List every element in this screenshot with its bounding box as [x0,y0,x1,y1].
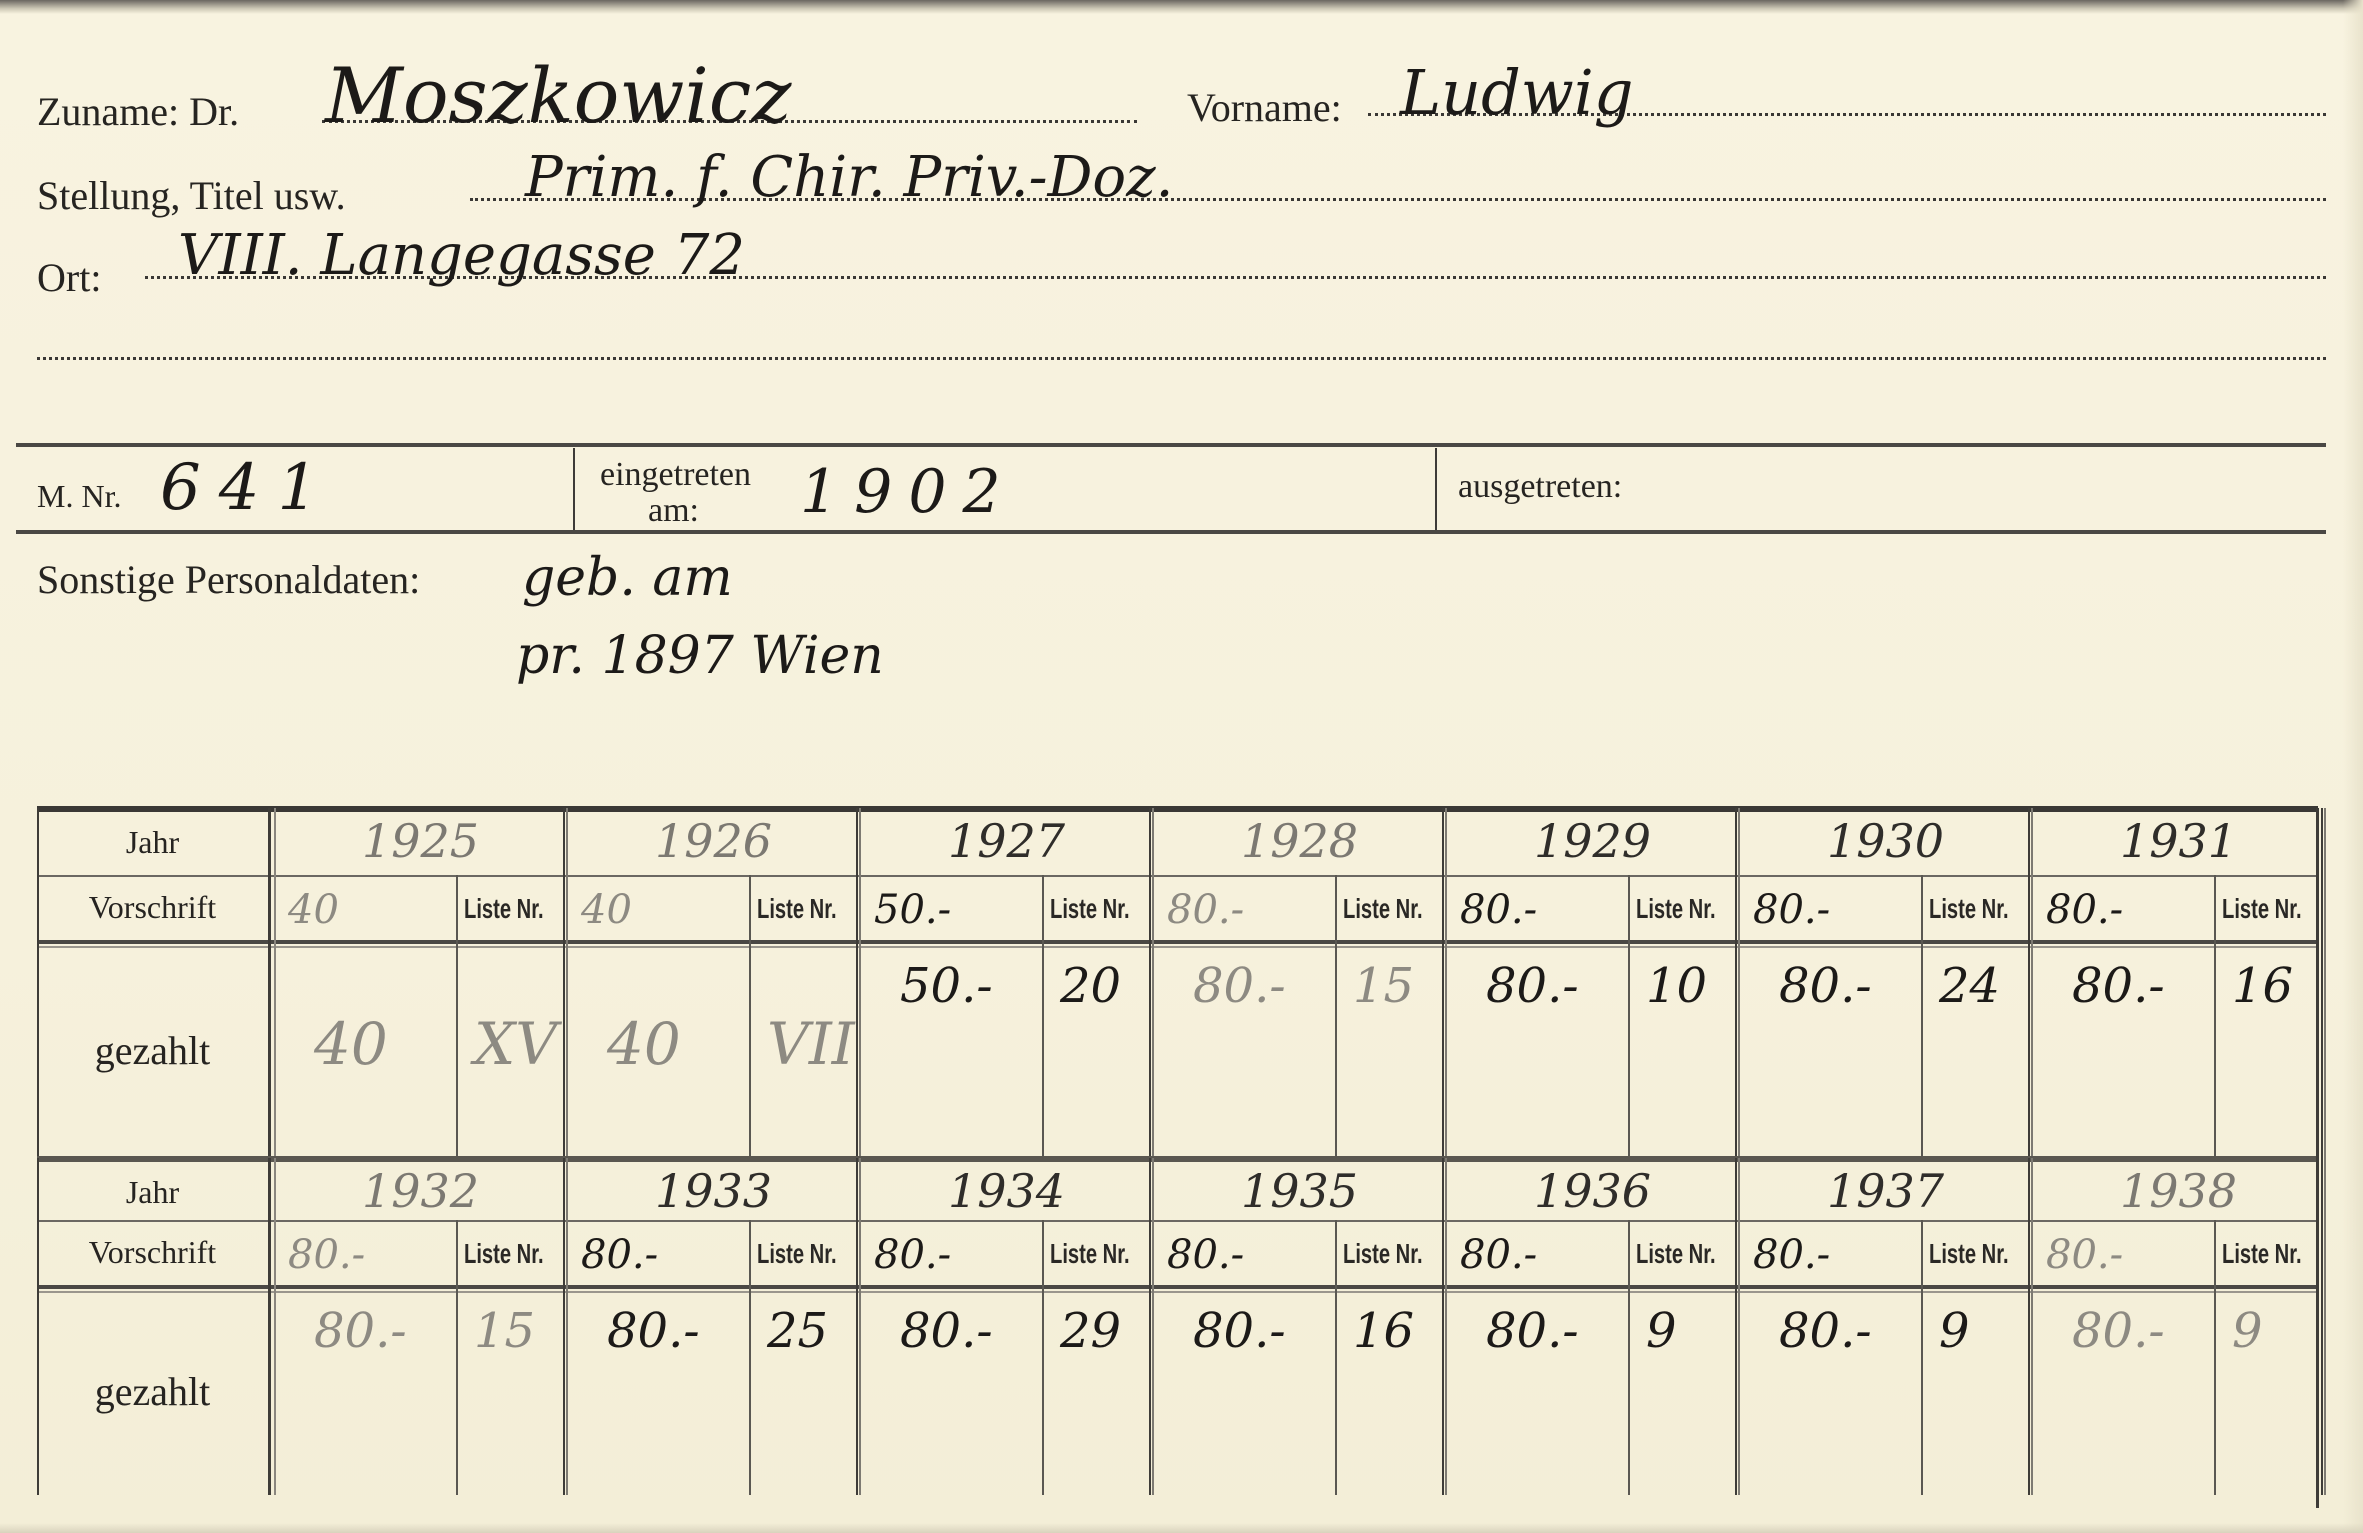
list-number-label: Liste Nr. [757,1238,837,1270]
list-number-divider [456,875,458,1158]
list-number-label: Liste Nr. [1343,893,1423,925]
list-number-value: 25 [767,1303,828,1359]
label-column-border [268,808,271,1158]
list-number-label: Liste Nr. [1050,1238,1130,1270]
list-number-label: Liste Nr. [1929,893,2009,925]
year-value: 1926 [567,814,860,868]
year-value: 1925 [274,814,567,868]
list-number-label: Liste Nr. [1636,1238,1716,1270]
paid-amount: 80.- [1486,958,1579,1014]
prescribed-amount: 80.- [1753,1232,1830,1278]
year-value: 1931 [2032,814,2325,868]
list-number-label: Liste Nr. [1929,1238,2009,1270]
prescribed-amount: 40 [288,887,339,933]
prescribed-amount: 80.- [874,1232,951,1278]
list-number-divider [2214,875,2216,1158]
list-number-divider [1628,1220,1630,1495]
list-number-value: 15 [474,1303,535,1359]
surname-value: Moszkowicz [325,58,791,134]
year-value: 1932 [274,1164,567,1218]
year-value: 1938 [2032,1164,2325,1218]
prescribed-amount: 80.- [1460,1232,1537,1278]
membership-index-card: Zuname: Dr. Moszkowicz Vorname: Ludwig S… [0,0,2363,1533]
list-number-value: 29 [1060,1303,1121,1359]
member-number-value: 641 [160,456,336,520]
list-number-value: 9 [1646,1303,1677,1359]
prescribed-amount: 80.- [581,1232,658,1278]
other-data-line1: geb. am [522,552,733,604]
membership-box-bottom-rule [16,530,2326,534]
list-number-label: Liste Nr. [464,893,544,925]
list-number-divider [456,1220,458,1495]
position-value: Prim. f. Chir. Priv.-Doz. [525,150,1173,206]
prescribed-amount: 80.- [1460,887,1537,933]
list-number-divider [749,1220,751,1495]
list-number-divider [1335,875,1337,1158]
blank-line [37,357,2326,360]
list-number-divider [749,875,751,1158]
prescribed-row-double-rule [37,946,2318,948]
prescribed-amount: 80.- [1167,1232,1244,1278]
year-row-bottom-rule [37,875,2318,877]
joined-label-line2: am: [648,494,699,528]
list-number-divider [1921,875,1923,1158]
firstname-label: Vorname: [1187,88,1342,128]
list-number-label: Liste Nr. [2222,893,2302,925]
card-right-edge [2343,0,2363,1533]
other-data-line2: pr. 1897 Wien [516,630,884,682]
year-value: 1927 [860,814,1153,868]
prescribed-amount: 40 [581,887,632,933]
left-label: ausgetreten: [1458,470,1622,504]
dues-table: JahrVorschriftgezahlt1925Liste Nr.4040XV… [37,808,2318,1498]
paid-amount: 80.- [2072,958,2165,1014]
list-number-label: Liste Nr. [2222,1238,2302,1270]
list-number-value: 20 [1060,958,1121,1014]
paid-amount: 80.- [1779,958,1872,1014]
list-number-label: Liste Nr. [464,1238,544,1270]
year-row-bottom-rule [37,1220,2318,1222]
list-number-label: Liste Nr. [1636,893,1716,925]
year-value: 1937 [1739,1164,2032,1218]
list-number-divider [2214,1220,2216,1495]
list-number-label: Liste Nr. [1343,1238,1423,1270]
position-label: Stellung, Titel usw. [37,176,346,216]
list-number-value: 10 [1646,958,1707,1014]
year-value: 1928 [1153,814,1446,868]
list-number-value: XV [474,1010,557,1078]
joined-value: 1902 [800,462,1017,522]
label-column-border [268,1158,271,1495]
year-value: 1936 [1446,1164,1739,1218]
prescribed-amount: 80.- [2046,1232,2123,1278]
list-number-label: Liste Nr. [1050,893,1130,925]
joined-label-line1: eingetreten [600,458,751,492]
year-value: 1929 [1446,814,1739,868]
paid-row-label: gezahlt [37,1027,268,1074]
paid-amount: 80.- [607,1303,700,1359]
table-right-border [2316,808,2319,1508]
membership-box-divider-1 [573,448,575,530]
list-number-divider [1921,1220,1923,1495]
paid-amount: 80.- [1779,1303,1872,1359]
paid-amount: 80.- [1193,1303,1286,1359]
other-data-label: Sonstige Personaldaten: [37,560,420,600]
membership-box-top-rule [16,443,2326,447]
list-number-value: 15 [1353,958,1414,1014]
prescribed-row-bottom-rule [37,1285,2318,1289]
year-row-label: Jahr [37,1174,268,1211]
paid-amount: 80.- [900,1303,993,1359]
table-block-top-rule [37,806,2318,812]
list-number-value: 16 [1353,1303,1414,1359]
prescribed-row-label: Vorschrift [37,1234,268,1271]
list-number-divider [1335,1220,1337,1495]
list-number-divider [1042,875,1044,1158]
card-top-edge [0,0,2363,14]
list-number-value: VII [767,1010,855,1078]
paid-amount: 80.- [314,1303,407,1359]
list-number-value: 24 [1939,958,2000,1014]
year-value: 1930 [1739,814,2032,868]
year-row-label: Jahr [37,824,268,861]
paid-amount: 50.- [900,958,993,1014]
year-value: 1934 [860,1164,1153,1218]
table-block-top-rule [37,1156,2318,1162]
prescribed-amount: 80.- [1753,887,1830,933]
list-number-value: 9 [1939,1303,1970,1359]
paid-amount: 40 [314,1010,388,1078]
place-value: VIII. Langegasse 72 [178,228,745,284]
paid-amount: 80.- [1193,958,1286,1014]
prescribed-row-double-rule [37,1291,2318,1293]
prescribed-amount: 80.- [288,1232,365,1278]
list-number-label: Liste Nr. [757,893,837,925]
firstname-value: Ludwig [1400,62,1633,124]
prescribed-amount: 50.- [874,887,951,933]
prescribed-row-bottom-rule [37,940,2318,944]
surname-label: Zuname: Dr. [37,92,239,132]
list-number-value: 9 [2232,1303,2263,1359]
membership-box-divider-2 [1435,448,1437,530]
paid-row-label: gezahlt [37,1368,268,1415]
member-number-label: M. Nr. [37,480,121,512]
year-value: 1933 [567,1164,860,1218]
prescribed-row-label: Vorschrift [37,889,268,926]
paid-amount: 80.- [2072,1303,2165,1359]
year-value: 1935 [1153,1164,1446,1218]
place-label: Ort: [37,258,101,298]
paid-amount: 80.- [1486,1303,1579,1359]
list-number-divider [1628,875,1630,1158]
prescribed-amount: 80.- [2046,887,2123,933]
card-bottom-edge [0,1523,2363,1533]
list-number-divider [1042,1220,1044,1495]
list-number-value: 16 [2232,958,2293,1014]
paid-amount: 40 [607,1010,681,1078]
prescribed-amount: 80.- [1167,887,1244,933]
